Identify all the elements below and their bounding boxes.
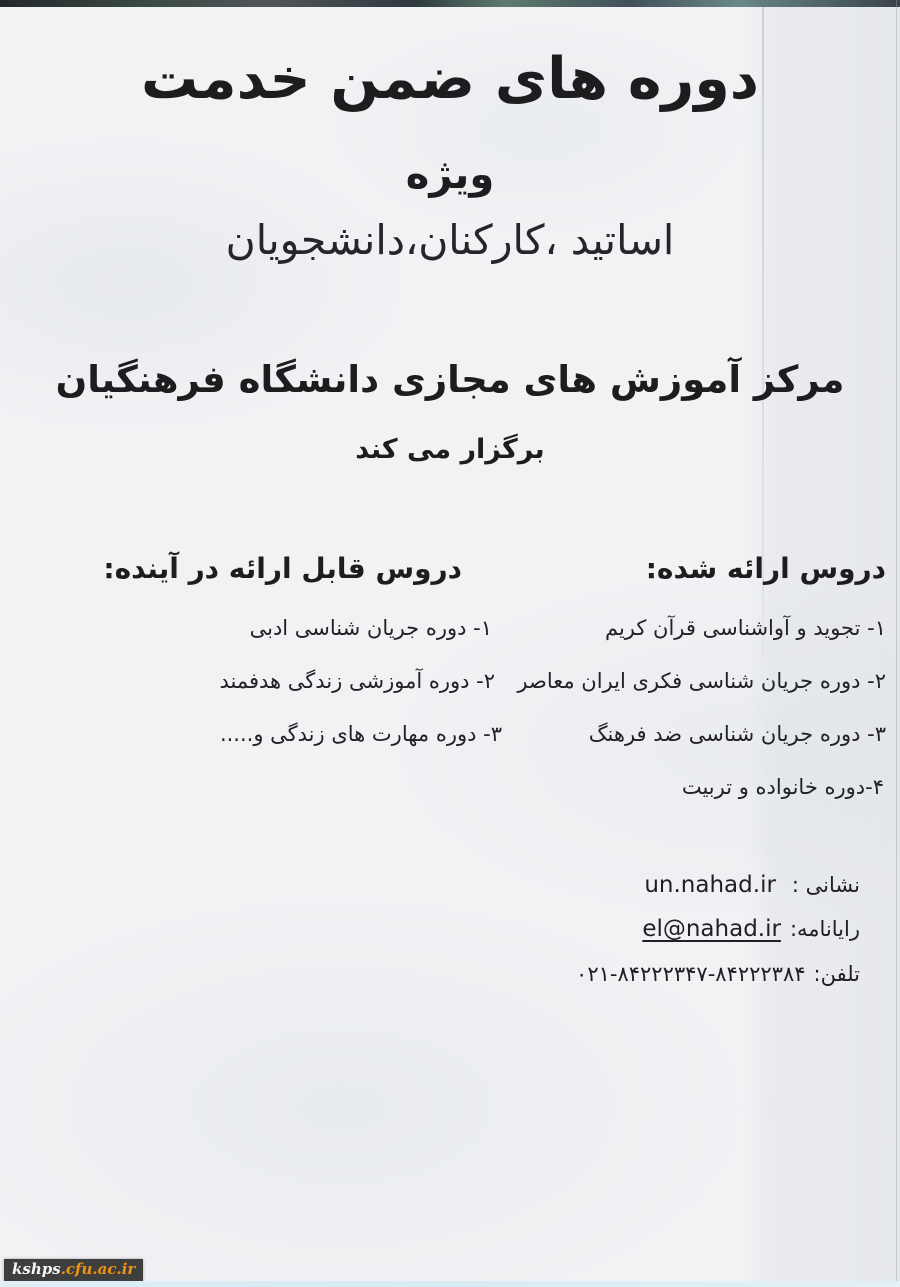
contact-address-row: نشانی : un.nahad.ir <box>644 872 860 898</box>
offered-course-item-1: ۱- تجوید و آواشناسی قرآن کریم <box>605 616 886 640</box>
offered-course-item-2: ۲- دوره جریان شناسی فکری ایران معاصر <box>517 669 886 693</box>
address-url: un.nahad.ir <box>644 872 776 898</box>
contact-phone-row: تلفن: ۰۲۱-۸۴۲۲۲۳۴۷-۸۴۲۲۲۳۸۴ <box>576 962 860 986</box>
contact-email-row: رایانامه: el@nahad.ir <box>642 916 860 942</box>
watermark-site-suffix: .cfu.ac.ir <box>61 1260 136 1278</box>
email-label: رایانامه: <box>790 917 860 941</box>
offered-course-item-4: ۴-دوره خانواده و تربیت <box>682 775 884 799</box>
phone-number: ۰۲۱-۸۴۲۲۲۳۴۷-۸۴۲۲۲۳۸۴ <box>576 962 805 986</box>
audience-line: اساتید ،کارکنان،دانشجویان <box>0 216 900 264</box>
organizer-action: برگزار می کند <box>0 434 900 465</box>
scan-edge-top-strip <box>0 0 900 7</box>
watermark-badge: kshps.cfu.ac.ir <box>4 1259 143 1282</box>
watermark-site-prefix: kshps <box>12 1260 61 1278</box>
offered-courses-header: دروس ارائه شده: <box>646 552 886 585</box>
organizer-name: مرکز آموزش های مجازی دانشگاه فرهنگیان <box>0 358 900 401</box>
offered-course-item-3: ۳- دوره جریان شناسی ضد فرهنگ <box>589 722 886 746</box>
address-label: نشانی : <box>792 873 860 897</box>
page-title: دوره های ضمن خدمت <box>0 46 900 112</box>
phone-label: تلفن: <box>814 962 860 986</box>
email-link[interactable]: el@nahad.ir <box>642 916 781 942</box>
future-course-item-3: ۳- دوره مهارت های زندگی و..... <box>220 722 502 746</box>
scan-edge-bottom-strip <box>0 1281 900 1287</box>
future-course-item-2: ۲- دوره آموزشی زندگی هدفمند <box>219 669 495 693</box>
scanned-flyer-page: دوره های ضمن خدمت ویژه اساتید ،کارکنان،د… <box>0 0 900 1287</box>
future-courses-header: دروس قابل ارائه در آینده: <box>103 552 462 585</box>
future-course-item-1: ۱- دوره جریان شناسی ادبی <box>250 616 492 640</box>
subtitle-special: ویژه <box>0 152 900 198</box>
